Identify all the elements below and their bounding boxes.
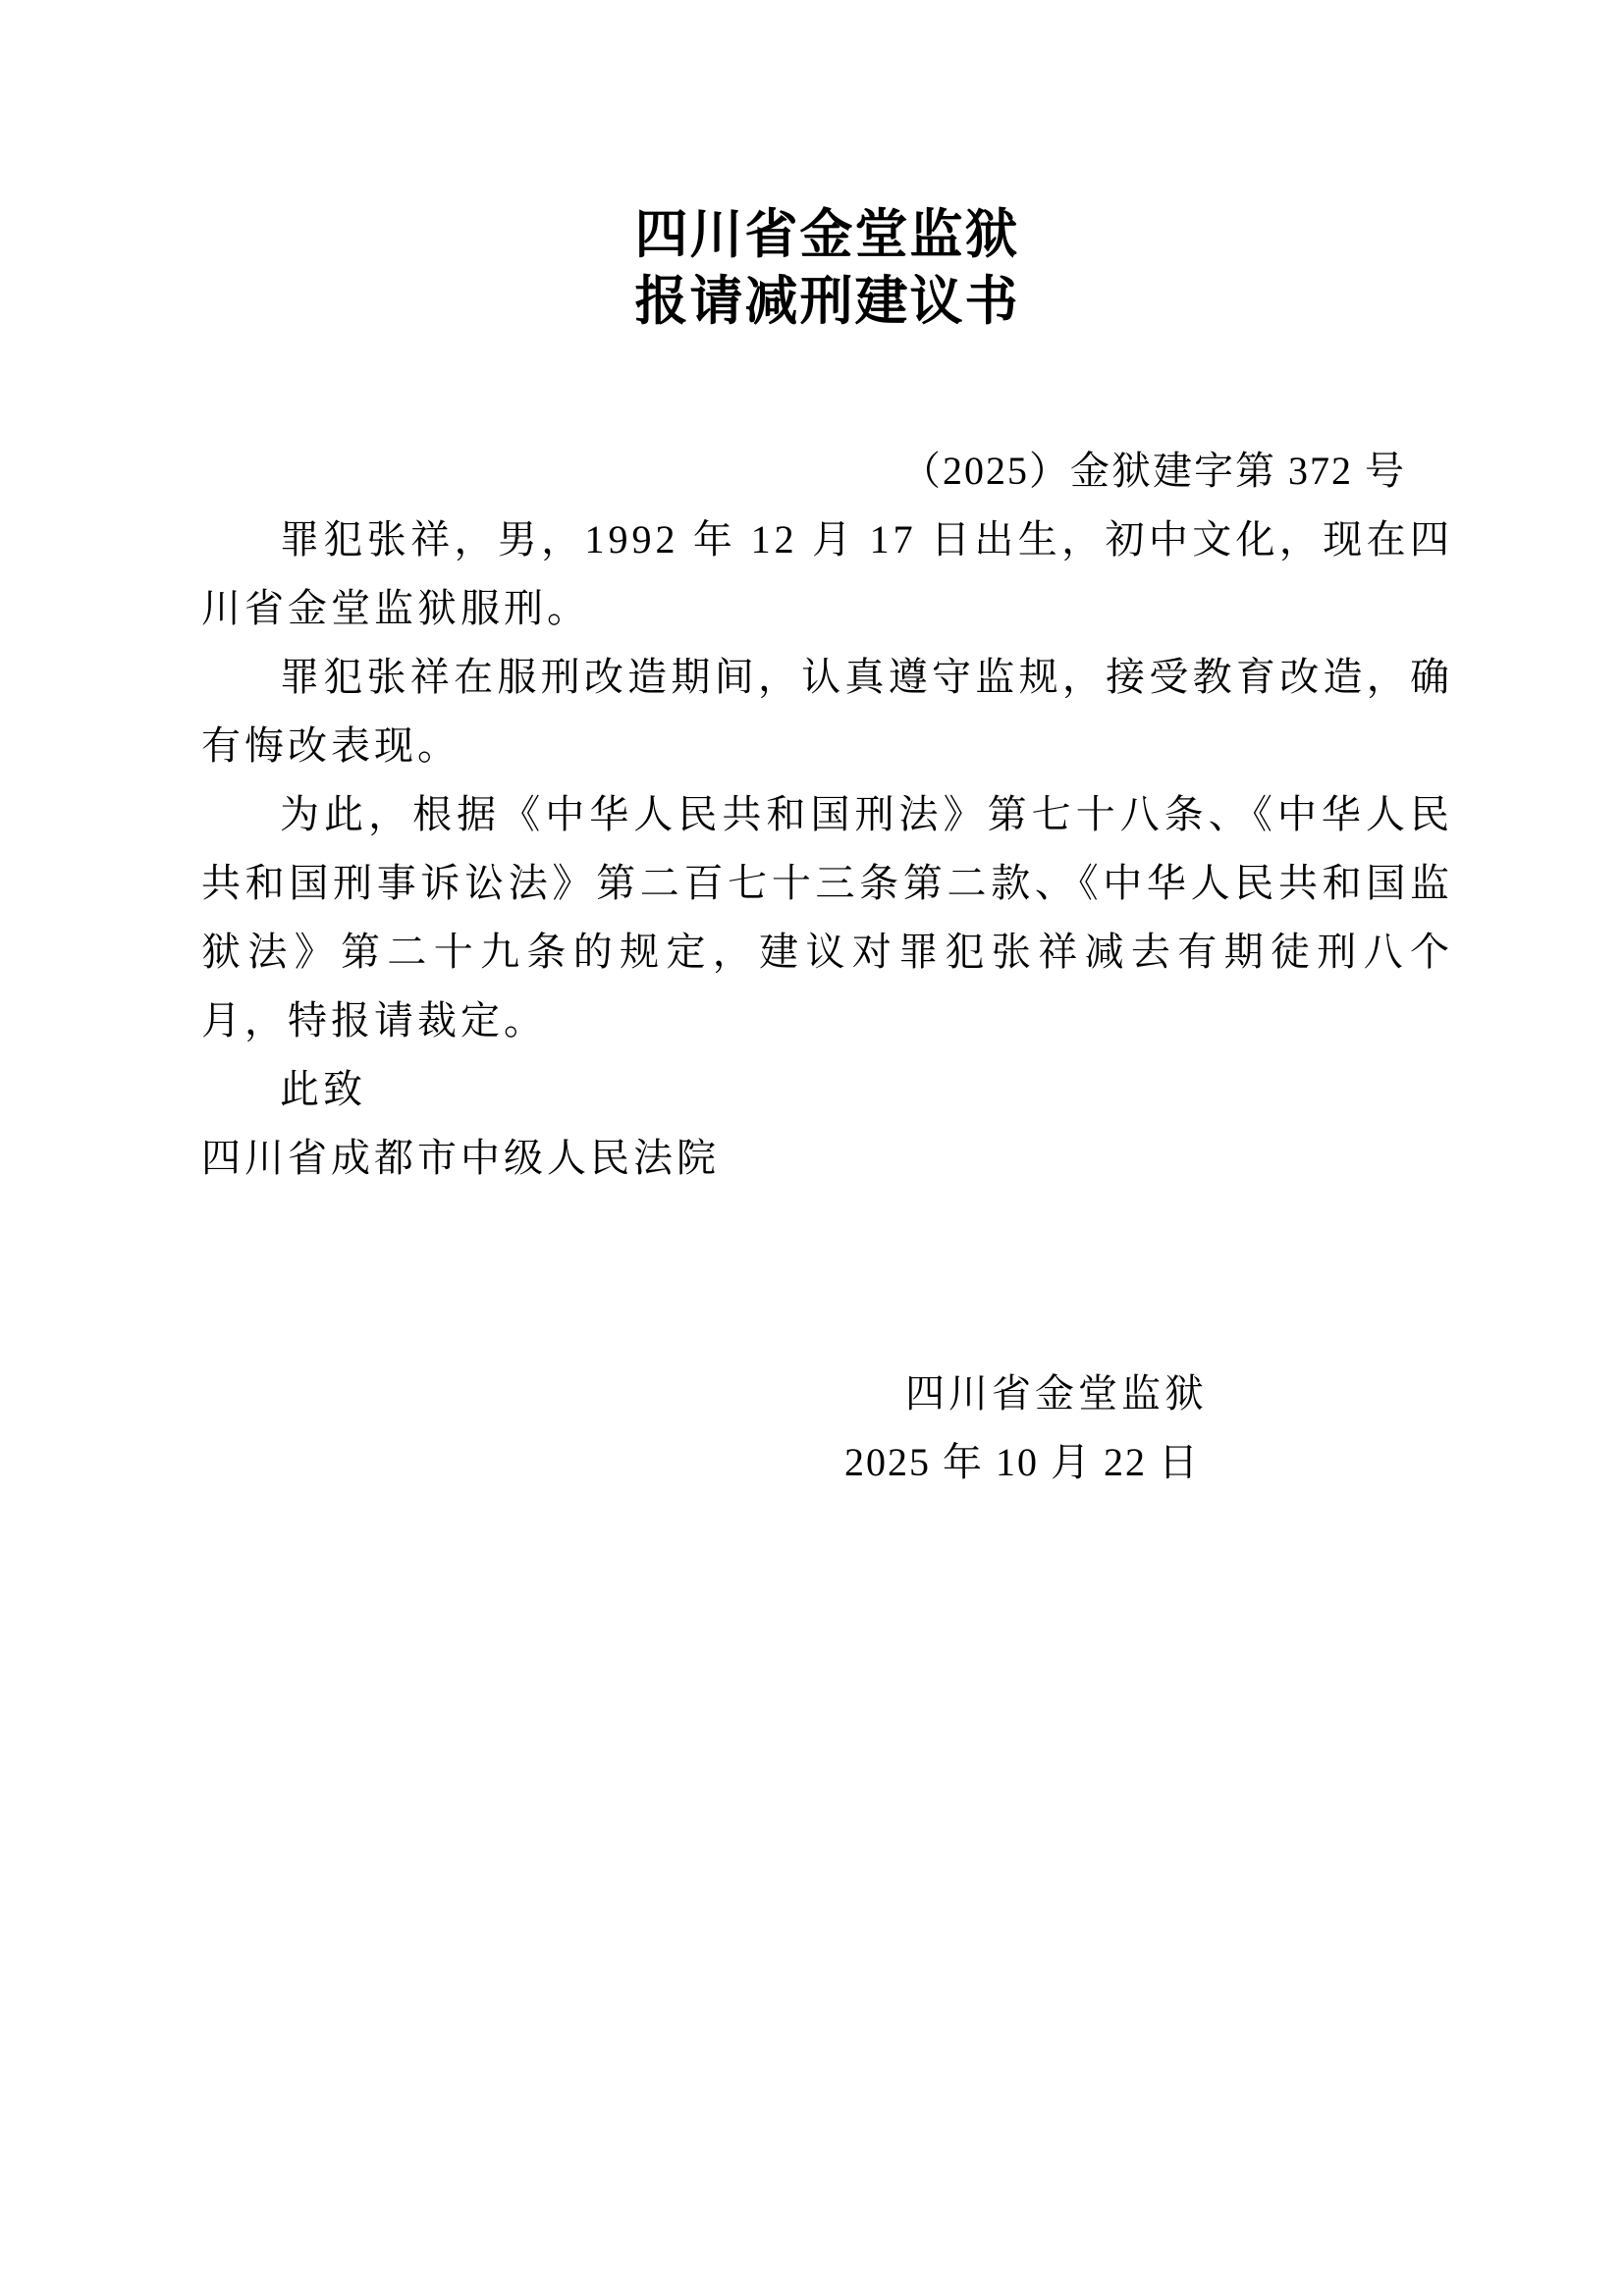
document-page: 四川省金堂监狱 报请减刑建议书 （2025）金狱建字第 372 号 罪犯张祥，男… — [0, 0, 1624, 2296]
paragraph-legal-basis: 为此，根据《中华人民共和国刑法》第七十八条、《中华人民共和国刑事诉讼法》第二百七… — [201, 780, 1453, 1055]
title-line-1: 四川省金堂监狱 — [201, 201, 1453, 268]
document-number: （2025）金狱建字第 372 号 — [201, 437, 1453, 506]
signature-org: 四川省金堂监狱 — [201, 1360, 1453, 1428]
title-line-2: 报请减刑建议书 — [201, 268, 1453, 335]
addressee-court: 四川省成都市中级人民法院 — [201, 1124, 1453, 1193]
signature-date: 2025 年 10 月 22 日 — [201, 1428, 1453, 1497]
signature-block: 四川省金堂监狱 2025 年 10 月 22 日 — [201, 1360, 1453, 1497]
document-title: 四川省金堂监狱 报请减刑建议书 — [201, 201, 1453, 335]
paragraph-offender-info: 罪犯张祥，男，1992 年 12 月 17 日出生，初中文化，现在四川省金堂监狱… — [201, 506, 1453, 643]
salutation: 此致 — [201, 1055, 1453, 1124]
document-content: 四川省金堂监狱 报请减刑建议书 （2025）金狱建字第 372 号 罪犯张祥，男… — [0, 0, 1624, 1497]
document-body: 罪犯张祥，男，1992 年 12 月 17 日出生，初中文化，现在四川省金堂监狱… — [201, 506, 1453, 1055]
paragraph-conduct: 罪犯张祥在服刑改造期间，认真遵守监规，接受教育改造，确有悔改表现。 — [201, 643, 1453, 780]
